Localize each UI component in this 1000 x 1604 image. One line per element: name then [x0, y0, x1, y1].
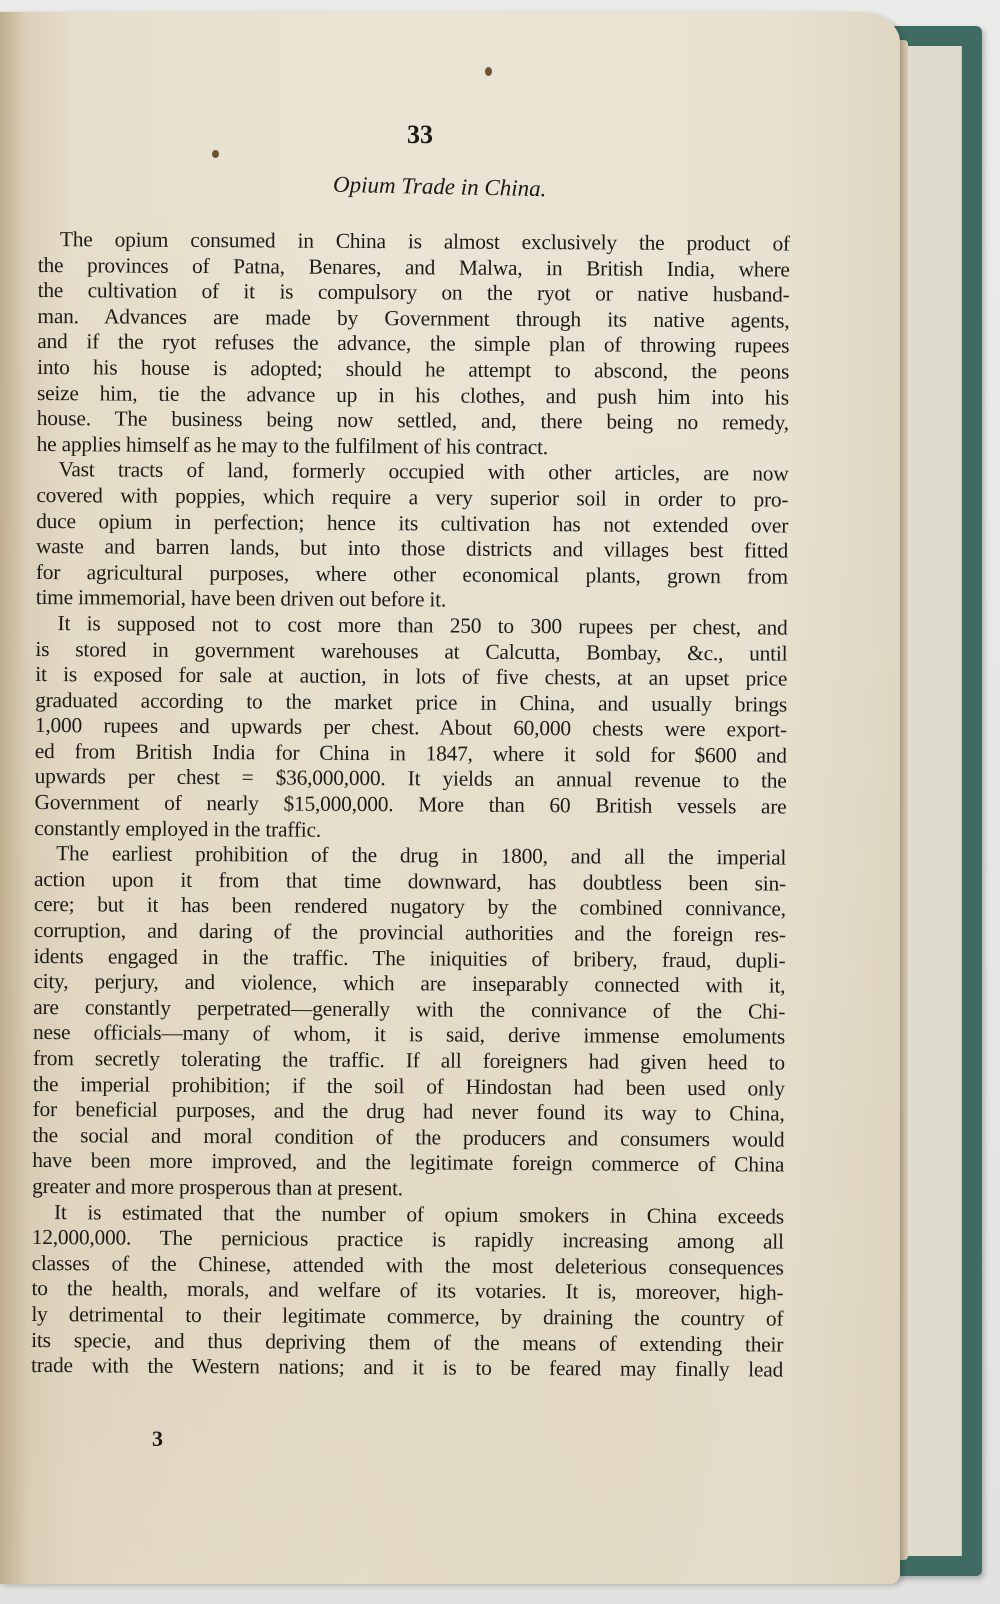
text-line: The opium consumed in China is almost ex…	[38, 227, 790, 257]
endpaper	[905, 46, 962, 1556]
text-line: trade with the Western nations; and it i…	[31, 1353, 783, 1383]
page-number: 33	[400, 120, 440, 150]
text-line: into his house is adopted; should he att…	[37, 355, 789, 385]
page-title-text: Opium Trade in China.	[333, 172, 547, 202]
ink-spot-decoration	[485, 67, 492, 76]
text-line: It is supposed not to cost more than 250…	[35, 611, 787, 641]
signature-mark: 3	[152, 1426, 163, 1452]
paragraph: It is supposed not to cost more than 250…	[34, 611, 787, 846]
paragraph: The opium consumed in China is almost ex…	[37, 227, 790, 462]
body-text: The opium consumed in China is almost ex…	[31, 227, 790, 1383]
text-line: ly detrimental to their legitimate comme…	[31, 1302, 783, 1332]
paragraph: The earliest prohibition of the drug in …	[32, 841, 786, 1204]
paragraph: Vast tracts of land, formerly occupied w…	[36, 457, 789, 615]
text-line: from secretly tolerating the traffic. If…	[33, 1046, 785, 1076]
text-line: covered with poppies, which require a ve…	[36, 483, 788, 513]
page-title: Opium Trade in China.	[0, 174, 840, 200]
book-page: 33 Opium Trade in China. The opium consu…	[0, 12, 900, 1584]
ink-spot-decoration	[212, 150, 219, 158]
paragraph: It is estimated that the number of opium…	[31, 1200, 784, 1384]
text-line: greater and more prosperous than at pres…	[32, 1174, 784, 1204]
